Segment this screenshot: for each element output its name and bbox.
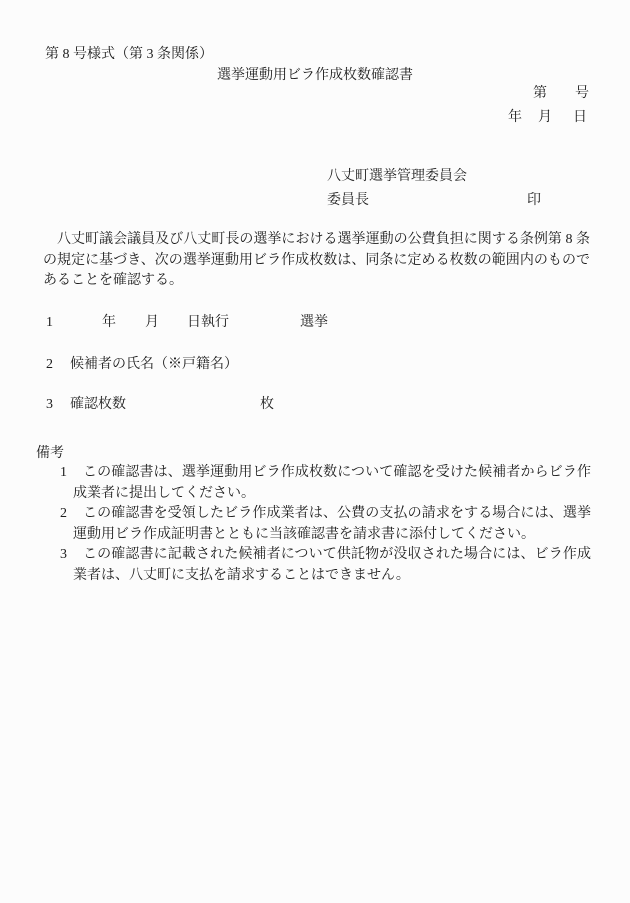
field3-number: 3 [46,394,53,415]
issuer-signature-line: 委員長 印 [0,190,630,211]
remark-item-1: 1 この確認書は、選挙運動用ビラ作成枚数について確認を受けた候補者からビラ作成業… [73,463,591,504]
field3-label: 確認枚数 [70,394,126,415]
remark-item-2: 2 この確認書を受領したビラ作成業者は、公費の支払の請求をする場合には、選挙運動… [73,504,591,545]
date-month-label: 月 [538,107,552,128]
seal-mark: 印 [527,190,541,211]
remark-2-number: 2 [60,504,67,525]
issuer-organization: 八丈町選挙管理委員会 [327,166,467,187]
body-paragraph: 八丈町議会議員及び八丈町長の選挙における選挙運動の公費負担に関する条例第 8 条… [43,230,590,292]
field1-number: 1 [46,312,53,333]
remark-3-number: 3 [60,545,67,566]
date-day-label: 日 [573,107,587,128]
issuer-role-label: 委員長 [327,190,369,211]
date-year-label: 年 [508,107,522,128]
date-line: 年 月 日 [0,107,630,128]
field2-label: 候補者の氏名（※戸籍名） [70,354,238,375]
ref-number-line: 第 号 [0,83,630,104]
field-election-date: 1 年 月 日執行 選挙 [0,312,630,333]
field1-month-label: 月 [145,312,159,333]
field-confirmed-count: 3 確認枚数 枚 [0,394,630,415]
remark-3-text: この確認書に記載された候補者について供託物が没収された場合には、ビラ作成業者は、… [73,547,591,583]
remarks-heading: 備考 [36,443,64,464]
field1-day-exec-label: 日執行 [187,312,229,333]
remark-item-3: 3 この確認書に記載された候補者について供託物が没収された場合には、ビラ作成業者… [73,545,591,586]
field3-unit-label: 枚 [260,394,274,415]
field2-number: 2 [46,354,53,375]
remark-1-number: 1 [60,463,67,484]
field1-election-label: 選挙 [300,312,328,333]
form-code: 第 8 号様式（第 3 条関係） [45,44,213,65]
field1-year-label: 年 [102,312,116,333]
field-candidate-name: 2 候補者の氏名（※戸籍名） [0,354,630,375]
ref-number-suffix: 号 [575,83,589,104]
document-page: 第 8 号様式（第 3 条関係） 選挙運動用ビラ作成枚数確認書 第 号 年 月 … [0,0,630,903]
remark-1-text: この確認書は、選挙運動用ビラ作成枚数について確認を受けた候補者からビラ作成業者に… [73,465,591,501]
remark-2-text: この確認書を受領したビラ作成業者は、公費の支払の請求をする場合には、選挙運動用ビ… [73,506,591,542]
ref-number-prefix: 第 [533,83,547,104]
